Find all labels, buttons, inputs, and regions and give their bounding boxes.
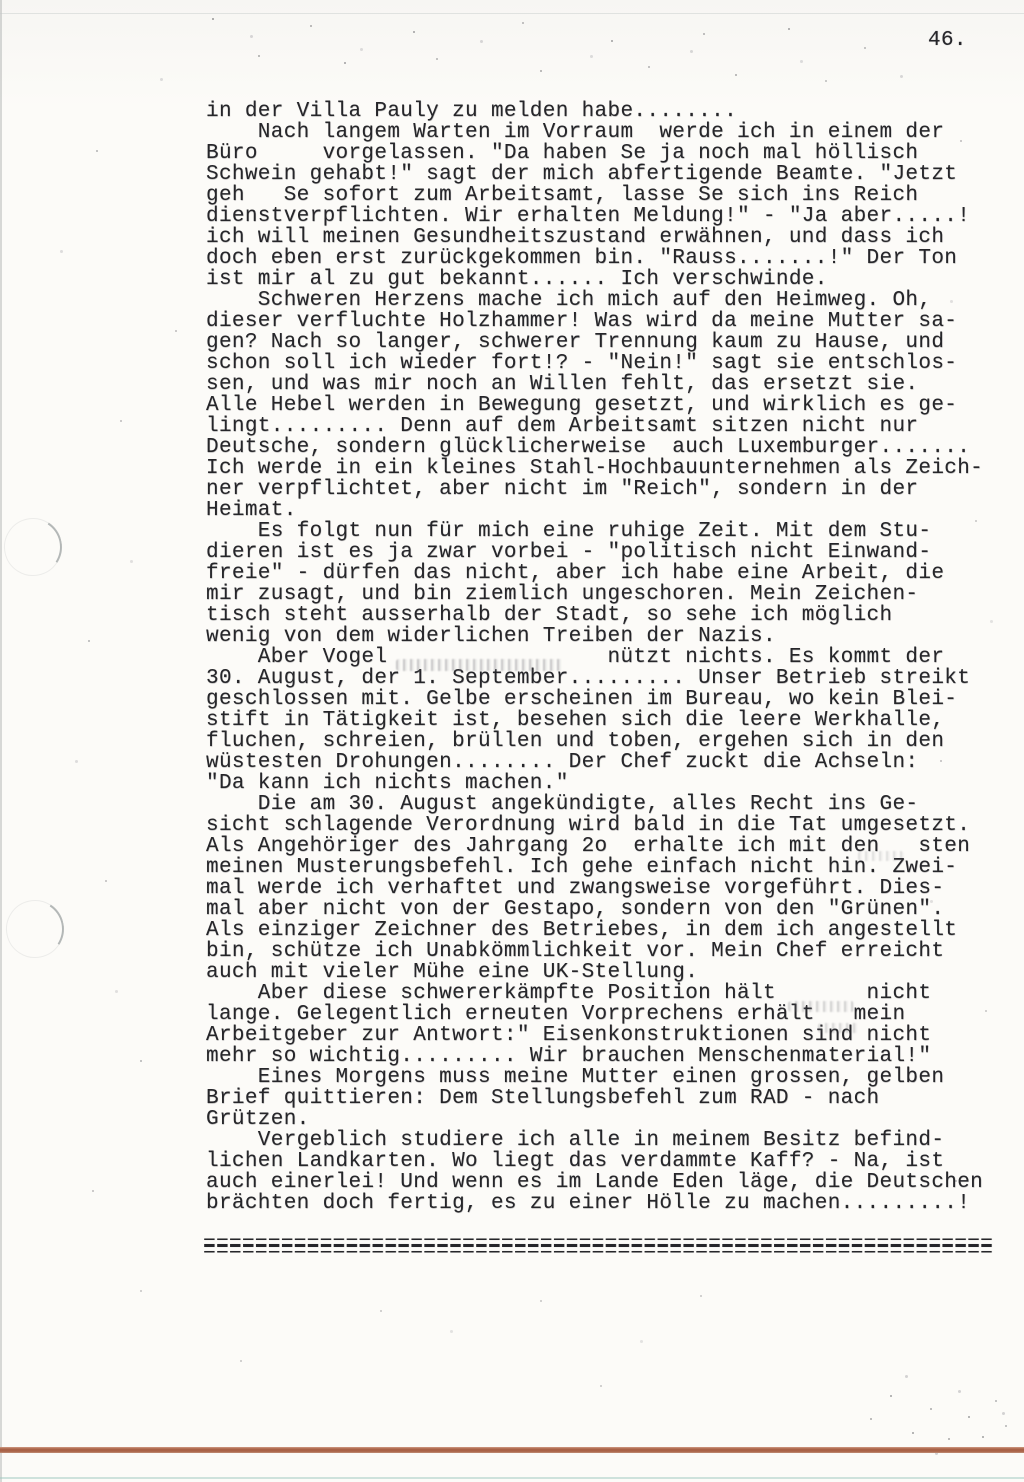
text-line: Deutsche, sondern glücklicherweise auch …	[206, 437, 983, 458]
typewritten-text-block: in der Villa Pauly zu melden habe.......…	[206, 101, 983, 1214]
text-line: Schwein gehabt!" sagt der mich abfertige…	[206, 164, 983, 185]
text-line: mal aber nicht von der Gestapo, sondern …	[206, 899, 983, 920]
text-line: doch eben erst zurückgekommen bin. "Raus…	[206, 248, 983, 269]
text-line: mal werde ich verhaftet und zwangsweise …	[206, 878, 983, 899]
bottom-orange-rule	[0, 1447, 1024, 1453]
text-line: Grützen.	[206, 1109, 983, 1130]
text-line: lange. Gelegentlich erneuten Vorprechens…	[206, 1004, 983, 1025]
text-line: Die am 30. August angekündigte, alles Re…	[206, 794, 983, 815]
text-line: ist mir al zu gut bekannt...... Ich vers…	[206, 269, 983, 290]
text-line: ich will meinen Gesundheitszustand erwäh…	[206, 227, 983, 248]
text-line: Eines Morgens muss meine Mutter einen gr…	[206, 1067, 983, 1088]
text-line: tisch steht ausserhalb der Stadt, so seh…	[206, 605, 983, 626]
text-line: geschlossen mit. Gelbe erscheinen im Bur…	[206, 689, 983, 710]
scan-edge-left	[0, 0, 2, 1482]
text-line: Büro vorgelassen. "Da haben Se ja noch m…	[206, 143, 983, 164]
text-line: lichen Landkarten. Wo liegt das verdammt…	[206, 1151, 983, 1172]
text-line: Brief quittieren: Dem Stellungsbefehl zu…	[206, 1088, 983, 1109]
punch-hole-top	[0, 513, 67, 582]
text-line: Nach langem Warten im Vorraum werde ich …	[206, 122, 983, 143]
text-line: auch einerlei! Und wenn es im Lande Eden…	[206, 1172, 983, 1193]
text-line: Schweren Herzens mache ich mich auf den …	[206, 290, 983, 311]
text-line: Arbeitgeber zur Antwort:" Eisenkonstrukt…	[206, 1025, 983, 1046]
text-line: bin, schütze ich Unabkömmlichkeit vor. M…	[206, 941, 983, 962]
faded-word-smudge	[858, 851, 904, 861]
separator-line: ========================================…	[203, 1245, 1003, 1259]
text-line: sicht schlagende Verordnung wird bald in…	[206, 815, 983, 836]
text-line: lingt......... Denn auf dem Arbeitsamt s…	[206, 416, 983, 437]
text-line: dieren ist es ja zwar vorbei - "politisc…	[206, 542, 983, 563]
text-line: mir zusagt, und bin ziemlich ungeschoren…	[206, 584, 983, 605]
text-line: dienstverpflichten. Wir erhalten Meldung…	[206, 206, 983, 227]
text-line: schon soll ich wieder fort!? - "Nein!" s…	[206, 353, 983, 374]
text-line: geh Se sofort zum Arbeitsamt, lasse Se s…	[206, 185, 983, 206]
scan-edge-top	[0, 13, 1024, 14]
text-line: Es folgt nun für mich eine ruhige Zeit. …	[206, 521, 983, 542]
erased-word-smudge	[396, 659, 564, 671]
punch-hole-bottom	[1, 895, 70, 964]
text-line: wüstesten Drohungen........ Der Chef zuc…	[206, 752, 983, 773]
text-line: Als einziger Zeichner des Betriebes, in …	[206, 920, 983, 941]
text-line: Alle Hebel werden in Bewegung gesetzt, u…	[206, 395, 983, 416]
text-line: stift in Tätigkeit ist, besehen sich die…	[206, 710, 983, 731]
text-line: dieser verfluchte Holzhammer! Was wird d…	[206, 311, 983, 332]
text-line: sen, und was mir noch an Willen fehlt, d…	[206, 374, 983, 395]
text-line: freie" - dürfen das nicht, aber ich habe…	[206, 563, 983, 584]
text-line: ner verpflichtet, aber nicht im "Reich",…	[206, 479, 983, 500]
text-line: wenig von dem widerlichen Treiben der Na…	[206, 626, 983, 647]
text-line: "Da kann ich nichts machen."	[206, 773, 983, 794]
text-line: gen? Nach so langer, schwerer Trennung k…	[206, 332, 983, 353]
text-line: Aber diese schwererkämpfte Position hält…	[206, 983, 983, 1004]
scan-dust-light	[0, 0, 3, 3]
bottom-teal-rule	[0, 1477, 1024, 1479]
text-line: 30. August, der 1. September......... Un…	[206, 668, 983, 689]
scanned-page: 46. in der Villa Pauly zu melden habe...…	[0, 0, 1024, 1482]
text-line: fluchen, schreien, brüllen und toben, er…	[206, 731, 983, 752]
erased-word-smudge	[818, 1023, 860, 1033]
text-line: Ich werde in ein kleines Stahl-Hochbauun…	[206, 458, 983, 479]
erased-word-smudge	[788, 1001, 854, 1012]
text-line: brächten doch fertig, es zu einer Hölle …	[206, 1193, 983, 1214]
text-line: mehr so wichtig......... Wir brauchen Me…	[206, 1046, 983, 1067]
text-line: Aber Vogel nützt nichts. Es kommt der	[206, 647, 983, 668]
text-line: Vergeblich studiere ich alle in meinem B…	[206, 1130, 983, 1151]
page-number: 46.	[928, 30, 967, 52]
text-line: Heimat.	[206, 500, 983, 521]
text-line: in der Villa Pauly zu melden habe.......…	[206, 101, 983, 122]
text-line: auch mit vieler Mühe eine UK-Stellung.	[206, 962, 983, 983]
